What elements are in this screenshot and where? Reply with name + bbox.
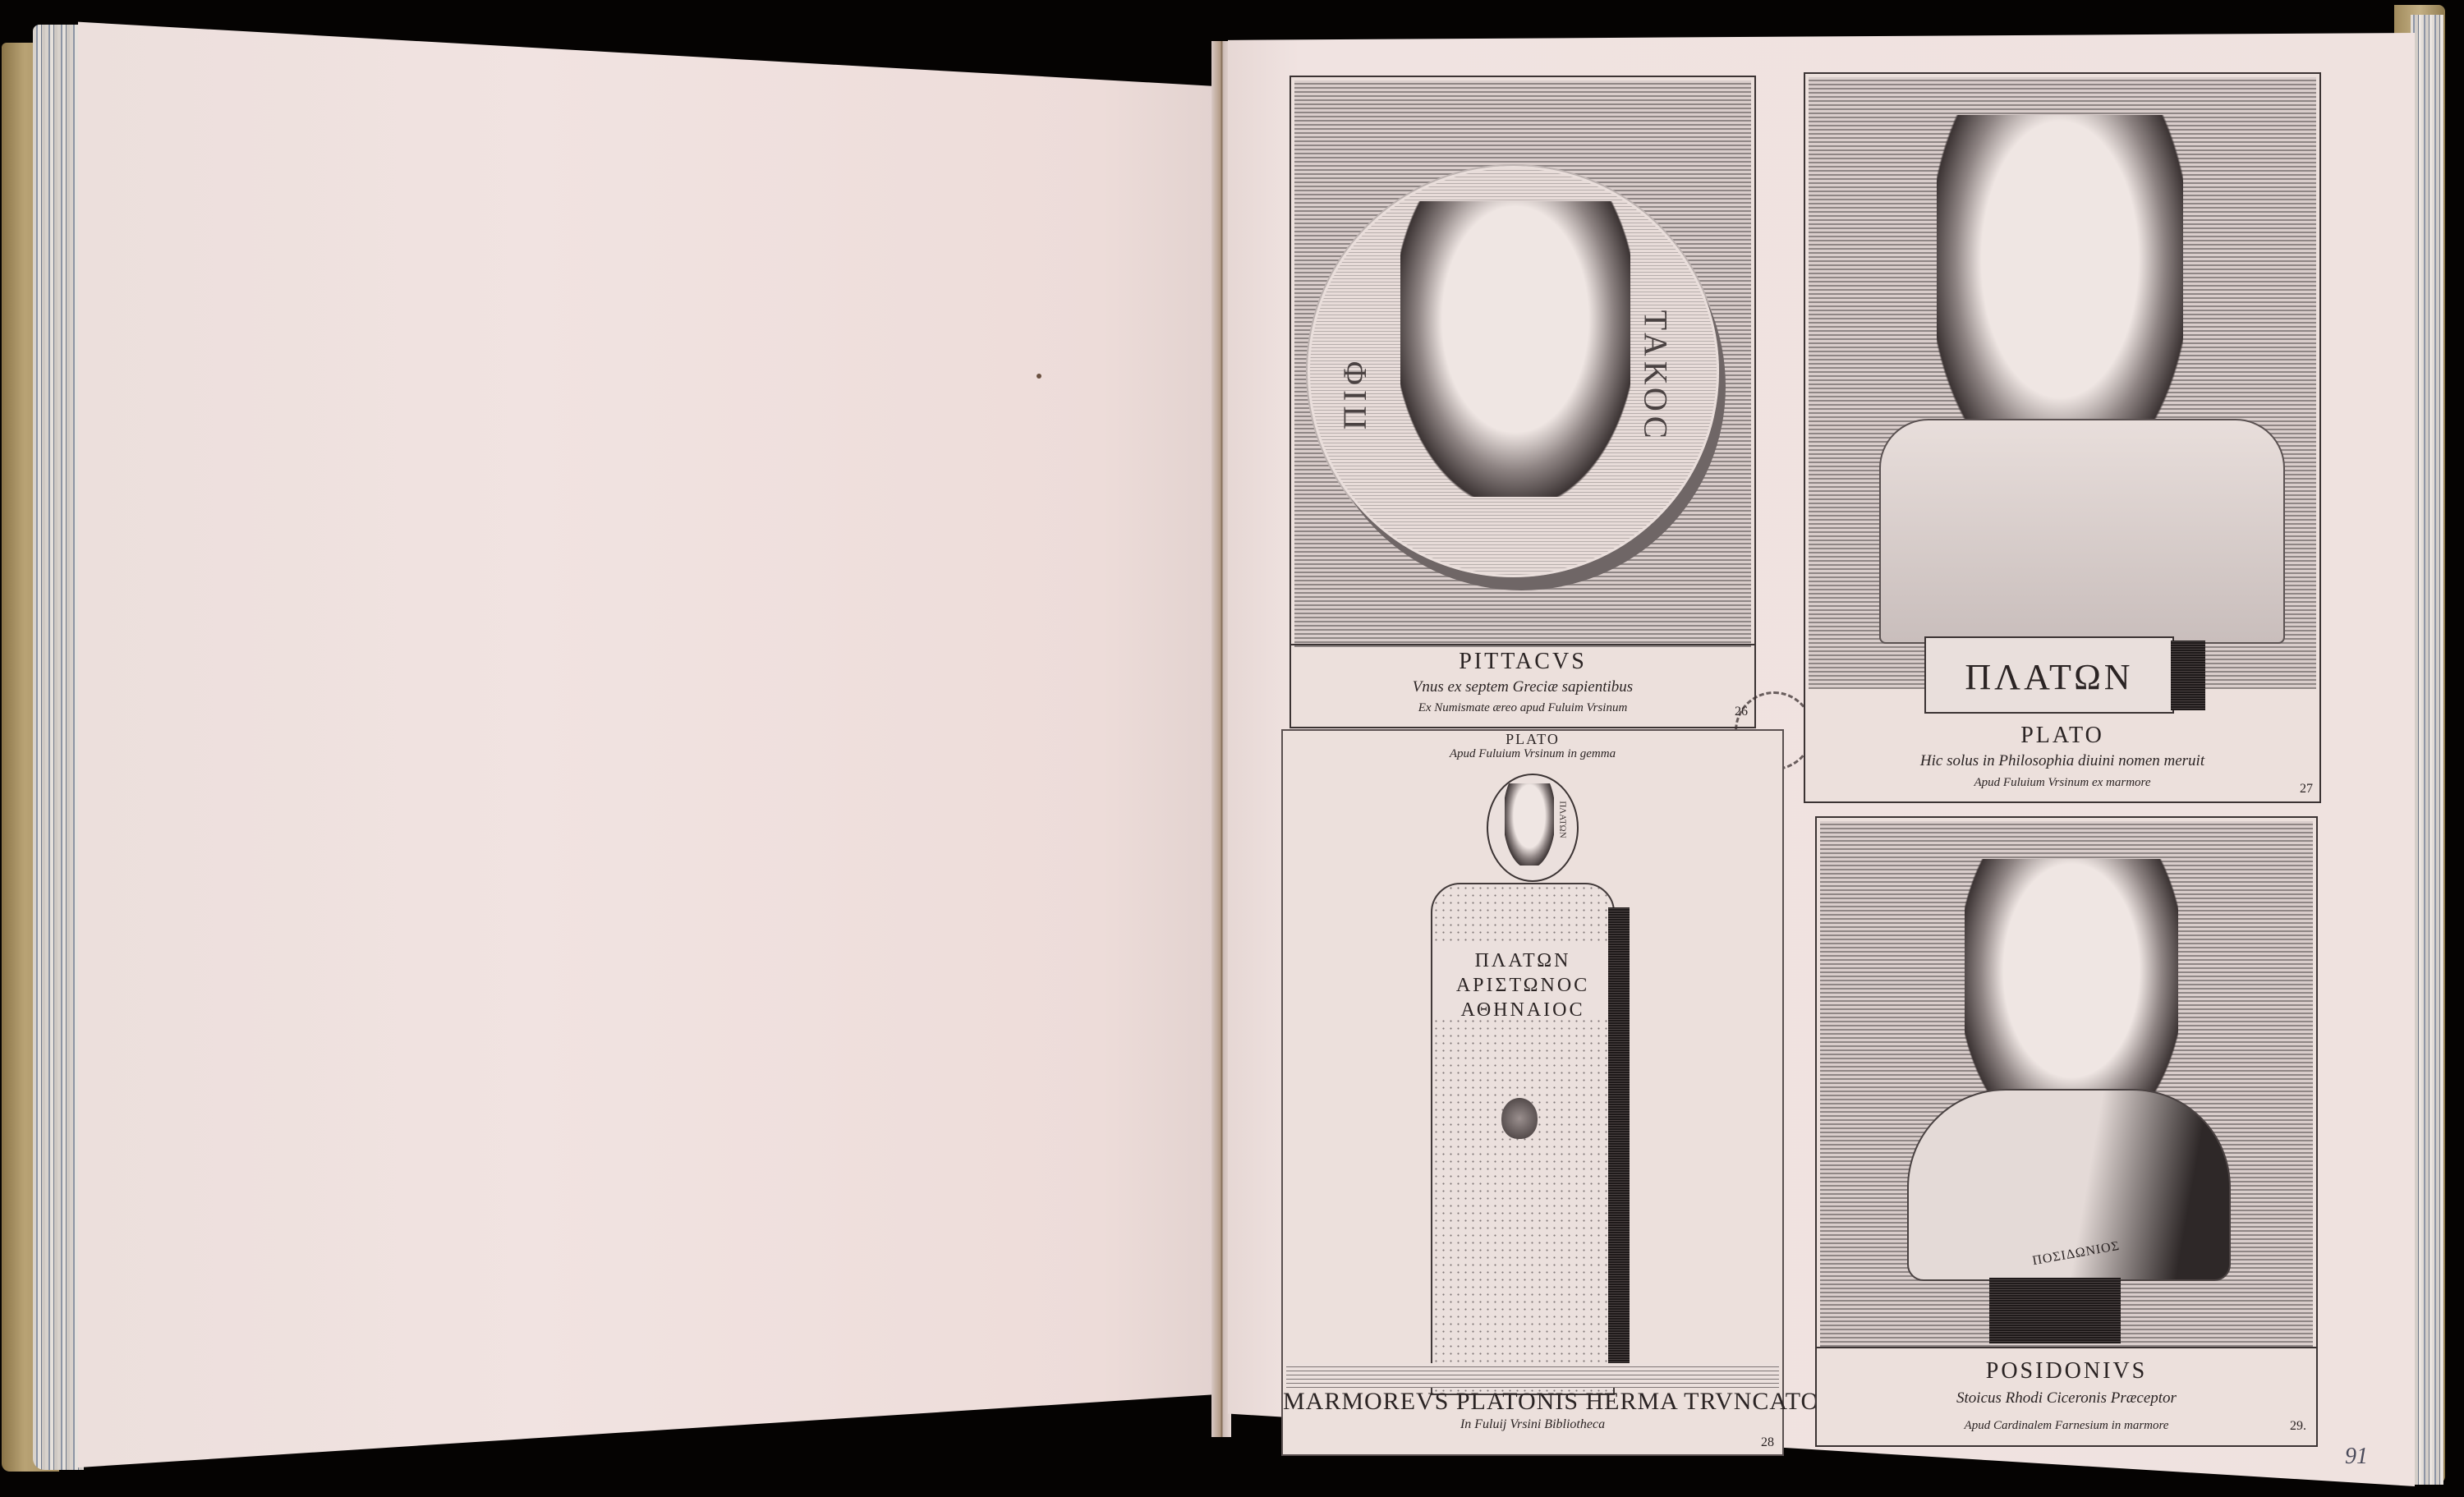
plate-source: In Fuluij Vrsini Bibliotheca [1283, 1417, 1782, 1432]
plate-number: 29. [2290, 1419, 2306, 1434]
left-page-blank [78, 13, 1216, 1475]
herma-genital-ornament [1501, 1098, 1538, 1139]
herma-line-3: ΑΘΗΝΑΙΟϹ [1432, 998, 1613, 1022]
plate-title: PLATO [1805, 723, 2319, 749]
herma-line-1: ΠΛΑΤΩΝ [1432, 948, 1613, 973]
caption-rule [1817, 1347, 2316, 1348]
plate-title: POSIDONIVS [1817, 1358, 2316, 1384]
plate-subtitle: Vnus ex septem Greciæ sapientibus [1291, 678, 1754, 696]
herma-pillar: ΠΛΑΤΩΝ ΑΡΙΣΤΩΝΟϹ ΑΘΗΝΑΙΟϹ [1431, 883, 1615, 1395]
plate-subtitle: Stoicus Rhodi Ciceronis Præceptor [1817, 1389, 2316, 1407]
plate-title: MARMOREVS PLATONIS HERMA TRVNCATO CAPITE [1283, 1388, 1782, 1416]
bust-plinth: ΠΛΑΤΩΝ [1924, 636, 2174, 714]
plate-plato-herma: PLATO Apud Fuluium Vrsinum in gemma ΠΛΑΤ… [1281, 729, 1784, 1456]
herma-side-shadow [1608, 907, 1630, 1384]
plate-number: 27 [2300, 782, 2313, 797]
caption-rule [1291, 644, 1754, 645]
folio-number: 91 [2345, 1444, 2368, 1470]
plate-number: 28 [1761, 1435, 1774, 1450]
plate-title: PITTACVS [1291, 649, 1754, 675]
plinth-inscription: ΠΛΑΤΩΝ [1926, 656, 2172, 698]
plate-subtitle: Hic solus in Philosophia diuini nomen me… [1805, 752, 2319, 770]
bust-inscription: ΠΟΣΙΔΩΝΙΟΣ [2031, 1239, 2121, 1269]
gem-oval: ΠΛΑΤΩΝ [1487, 774, 1579, 882]
profile-head-icon [1400, 201, 1630, 497]
herma-line-2: ΑΡΙΣΤΩΝΟϹ [1432, 973, 1613, 998]
page-edges-right [2411, 15, 2443, 1485]
page-edges-left [33, 25, 84, 1470]
plate-source: Apud Cardinalem Farnesium in marmore [1817, 1419, 2316, 1433]
bust-base [1989, 1278, 2121, 1343]
gem-profile-head-icon [1505, 783, 1554, 866]
herma-inscription: ΠΛΑΤΩΝ ΑΡΙΣΤΩΝΟϹ ΑΘΗΝΑΙΟϹ [1432, 948, 1613, 1022]
plate-source: Apud Fuluium Vrsinum ex marmore [1805, 776, 2319, 790]
coin-medallion: ΠΙΦ ΤΑΚΟϹ [1308, 166, 1719, 577]
bust-torso [1879, 419, 2285, 644]
herma-header-source: Apud Fuluium Vrsinum in gemma [1283, 747, 1782, 761]
herma-header-title: PLATO [1283, 731, 1782, 748]
plinth-shadow [2171, 641, 2205, 710]
plate-posidonius: ΠΟΣΙΔΩΝΙΟΣ POSIDONIVS Stoicus Rhodi Cice… [1815, 816, 2318, 1447]
plate-pittacus: ΠΙΦ ΤΑΚΟϹ PITTACVS Vnus ex septem Greciæ… [1289, 76, 1756, 728]
gem-inscription: ΠΛΑΤΩΝ [1558, 801, 1568, 838]
ground-hatching [1286, 1363, 1779, 1388]
coin-inscription-right: ΤΑΚΟϹ [1636, 310, 1675, 443]
paper-speck [1037, 374, 1041, 379]
plate-source: Ex Numismate æreo apud Fuluim Vrsinum [1291, 701, 1754, 715]
coin-inscription-left: ΠΙΦ [1335, 356, 1374, 429]
plate-plato-bust: ΠΛΑΤΩΝ PLATO Hic solus in Philosophia di… [1804, 72, 2321, 803]
draped-bust: ΠΟΣΙΔΩΝΙΟΣ [1907, 1089, 2231, 1281]
